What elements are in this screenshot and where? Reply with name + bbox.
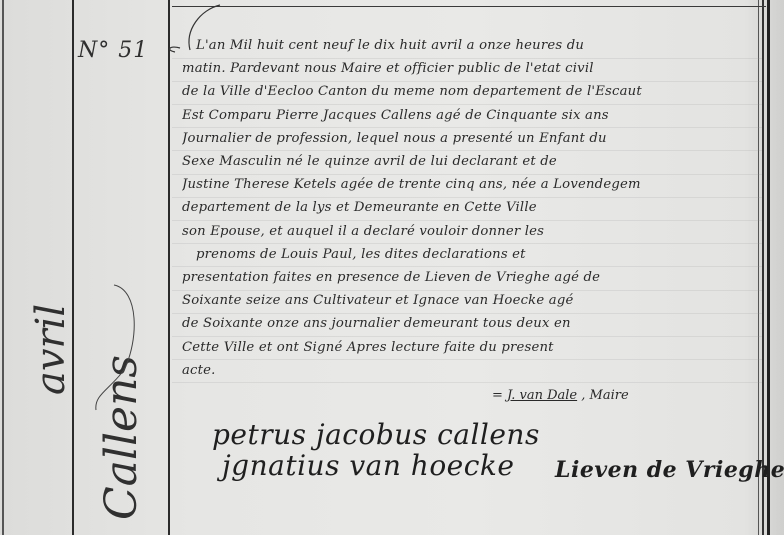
margin-scroll-flourish-icon — [84, 280, 144, 480]
register-entry-text: L'an Mil huit cent neuf le dix huit avri… — [182, 34, 772, 382]
entry-line: L'an Mil huit cent neuf le dix huit avri… — [182, 34, 772, 57]
entry-line: de la Ville d'Eecloo Canton du meme nom … — [182, 80, 772, 103]
margin-column-line-2 — [168, 0, 170, 535]
mayor-signature: = J. van Dale , Maire — [492, 388, 629, 403]
entry-line: presentation faites en presence de Lieve… — [182, 266, 772, 289]
rule-line — [172, 382, 762, 383]
mayor-name: J. van Dale — [507, 388, 577, 403]
register-page: N° 51 avril Callens L'an Mil huit cent n… — [0, 0, 784, 535]
signature-separator: , — [581, 388, 589, 403]
signature-dash: = — [492, 388, 507, 403]
signature-witness-2: Lieven de Vrieghe — [555, 457, 784, 483]
entry-line: Est Comparu Pierre Jacques Callens agé d… — [182, 104, 772, 127]
margin-column-line-1 — [72, 0, 74, 535]
entry-line: prenoms de Louis Paul, les dites declara… — [182, 243, 772, 266]
entry-line: Soixante seize ans Cultivateur et Ignace… — [182, 289, 772, 312]
signature-declarant: petrus jacobus callens — [212, 418, 540, 451]
entry-line: de Soixante onze ans journalier demeuran… — [182, 312, 772, 335]
mayor-title: Maire — [590, 388, 629, 403]
entry-line: Cette Ville et ont Signé Apres lecture f… — [182, 336, 772, 359]
entry-line: matin. Pardevant nous Maire et officier … — [182, 57, 772, 80]
entry-line: departement de la lys et Demeurante en C… — [182, 196, 772, 219]
margin-month: avril — [28, 304, 74, 395]
entry-line: son Epouse, et auquel il a declaré voulo… — [182, 220, 772, 243]
entry-number: N° 51 — [78, 38, 148, 63]
left-page-edge — [2, 0, 4, 535]
entry-line: Justine Therese Ketels agée de trente ci… — [182, 173, 772, 196]
entry-line: Sexe Masculin né le quinze avril de lui … — [182, 150, 772, 173]
entry-line: acte. — [182, 359, 772, 382]
signature-witness-1: jgnatius van hoecke — [222, 449, 514, 482]
entry-line: Journalier de profession, lequel nous a … — [182, 127, 772, 150]
